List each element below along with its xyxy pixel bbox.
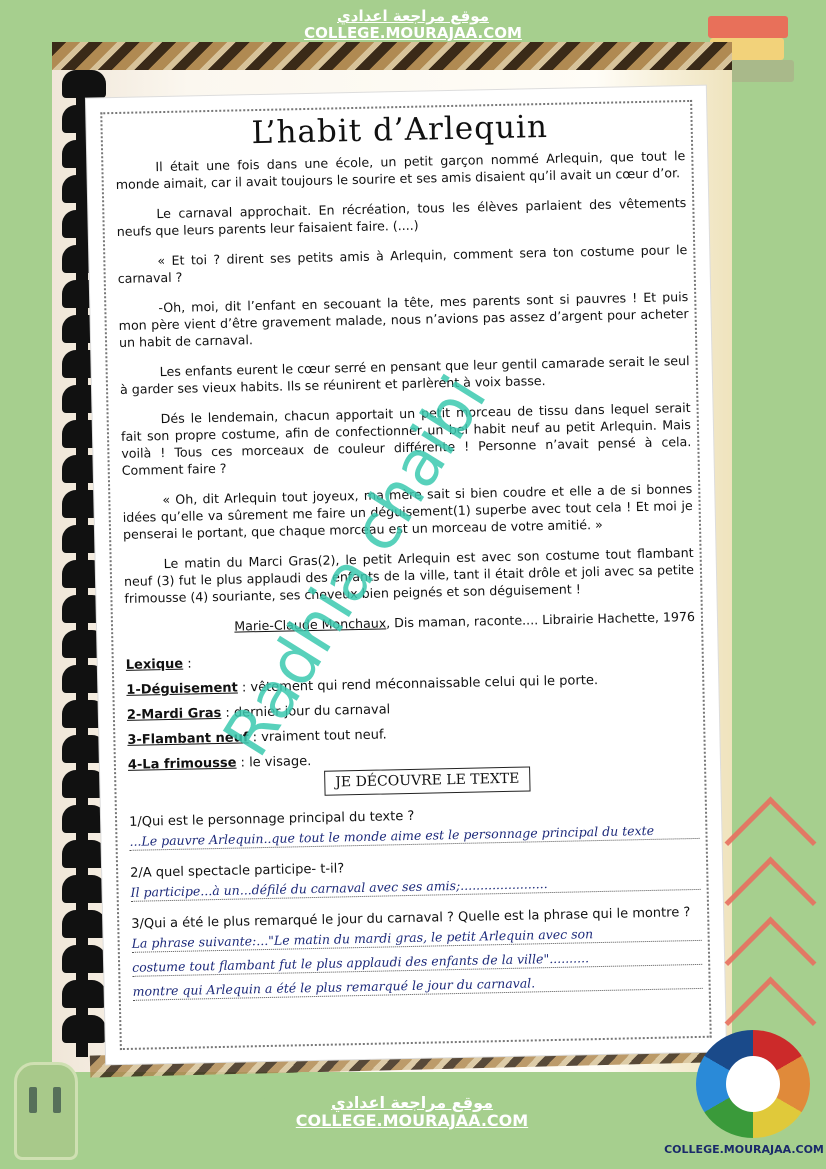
lexique-title: Lexique <box>126 657 184 673</box>
lexique-term: 4-La frimousse <box>128 756 237 773</box>
section-heading: JE DÉCOUVRE LE TEXTE <box>324 766 531 795</box>
story-paragraph: Le carnaval approchait. En récréation, t… <box>116 194 687 240</box>
story-paragraph: « Et toi ? dirent ses petits amis à Arle… <box>117 241 688 287</box>
spiral-ring <box>62 875 106 903</box>
site-banner-arabic[interactable]: موقع مراجعة اعدادي <box>262 1094 562 1112</box>
story-paragraph: Il était une fois dans une école, un pet… <box>115 147 686 193</box>
school-subjects-logo <box>696 1030 810 1138</box>
spiral-ring <box>62 945 106 973</box>
logo-text[interactable]: COLLEGE.MOURAJAA.COM <box>664 1143 824 1156</box>
questions: 1/Qui est le personnage principal du tex… <box>129 802 703 1001</box>
lexique-term: 3-Flambant neuf <box>127 730 248 748</box>
spiral-ring <box>62 840 106 868</box>
handwritten-answer: montre qui Arlequin a été le plus remarq… <box>132 971 702 1001</box>
site-banner-domain[interactable]: COLLEGE.MOURAJAA.COM <box>262 1112 562 1130</box>
lexique-term: 2-Mardi Gras <box>127 706 222 723</box>
fabric-top <box>52 42 732 70</box>
worksheet-content: L’habit d’Arlequin Il était une fois dan… <box>114 108 702 1007</box>
story-paragraph: -Oh, moi, dit l’enfant en secouant la tê… <box>118 288 689 351</box>
chevron-decoration <box>730 790 820 1030</box>
site-banner-bottom[interactable]: موقع مراجعة اعدادي COLLEGE.MOURAJAA.COM <box>262 1094 562 1131</box>
lexique: Lexique : 1-Déguisement : vêtement qui r… <box>126 641 698 778</box>
story-paragraph: Le matin du Marci Gras(2), le petit Arle… <box>124 544 695 607</box>
story-text: Il était une fois dans une école, un pet… <box>115 147 694 607</box>
lexique-definition: : le visage. <box>236 754 311 771</box>
lexique-term: 1-Déguisement <box>126 681 238 698</box>
story-paragraph: « Oh, dit Arlequin tout joyeux, ma mère … <box>122 480 693 543</box>
source-details: , Dis maman, raconte.... Librairie Hache… <box>386 609 695 630</box>
story-paragraph: Les enfants eurent le cœur serré en pens… <box>120 352 691 398</box>
spiral-ring <box>62 980 106 1008</box>
lexique-definition: : vraiment tout neuf. <box>248 727 386 745</box>
story-paragraph: Dés le lendemain, chacun apportait un pe… <box>121 399 692 479</box>
backpack-icon <box>14 1062 78 1160</box>
spiral-ring <box>62 1015 106 1043</box>
spiral-ring <box>62 910 106 938</box>
source-author: Marie-Claude Monchaux <box>234 615 386 633</box>
spiral-ring <box>62 805 106 833</box>
source-citation: Marie-Claude Monchaux, Dis maman, racont… <box>125 608 695 637</box>
worksheet-page: L’habit d’Arlequin Il était une fois dan… <box>86 86 726 1065</box>
document-title: L’habit d’Arlequin <box>115 116 685 145</box>
lexique-definition: : dernier jour du carnaval <box>221 702 390 721</box>
spiral-ring <box>62 70 106 98</box>
lexique-definition: : vêtement qui rend méconnaissable celui… <box>238 673 599 696</box>
